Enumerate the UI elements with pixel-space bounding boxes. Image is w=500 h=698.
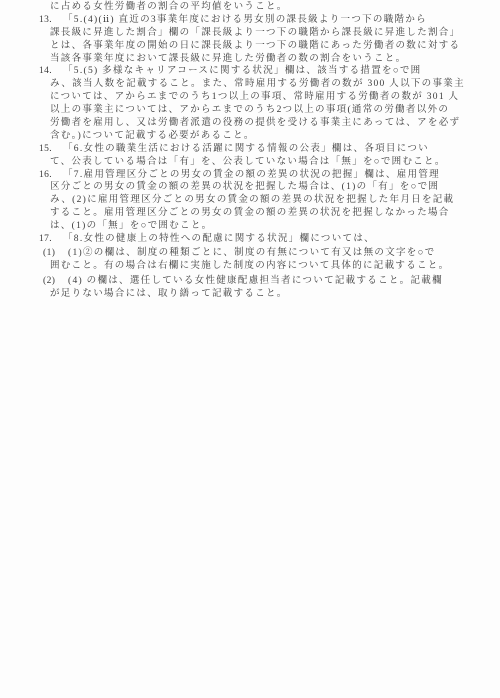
text-line: 区分ごとの男女の賃金の額の差異の状況を把握した場合は、(1)の「有」を○で囲 xyxy=(50,181,464,194)
text-line: 労働者を雇用し、又は労働者派遣の役務の提供を受ける事業主にあっては、アを必ず xyxy=(50,117,464,130)
text-line: すること。雇用管理区分ごとの男女の賃金の額の差異の状況を把握しなかった場合 xyxy=(50,207,464,220)
text-line: 含む。)について記載する必要があること。 xyxy=(50,130,464,143)
sub-item-number: (2) xyxy=(43,275,55,288)
page-text-block: に占める女性労働者の割合の平均値をいうこと。 13. 「5.(4)(ⅱ) 直近の… xyxy=(50,1,464,300)
item-number: 16. xyxy=(39,169,52,182)
text-line: 「7.雇用管理区分ごとの男女の賃金の額の差異の状況の把握」欄は、雇用管理 xyxy=(50,169,464,182)
text-line: み、(2)に雇用管理区分ごとの男女の賃金の額の差異の状況を把握した年月日を記載 xyxy=(50,194,464,207)
text-line: 囲むこと。有の場合は右欄に実施した制度の内容について具体的に記載すること。 xyxy=(50,260,464,273)
text-line: 以上の事業主については、アからエまでのうち2つ以上の事項(通常の労働者以外の xyxy=(50,104,464,117)
text-line: (4) の欄は、選任している女性健康配慮担当者について記載すること。記載欄 xyxy=(50,275,464,288)
text-line: 「6.女性の職業生活における活躍に関する情報の公表」欄は、各項目につい xyxy=(50,143,464,156)
text-line: 「8.女性の健康上の特性への配慮に関する状況」欄については、 xyxy=(50,233,464,246)
text-line: が足りない場合には、取り繕って記載すること。 xyxy=(50,288,464,301)
continuation-line: に占める女性労働者の割合の平均値をいうこと。 xyxy=(50,1,464,14)
list-item-15: 15. 「6.女性の職業生活における活躍に関する情報の公表」欄は、各項目につい … xyxy=(50,143,464,169)
document-page: に占める女性労働者の割合の平均値をいうこと。 13. 「5.(4)(ⅱ) 直近の… xyxy=(0,0,500,698)
list-item-17: 17. 「8.女性の健康上の特性への配慮に関する状況」欄については、 (1) (… xyxy=(50,233,464,300)
text-line: (1)②の欄は、制度の種類ごとに、制度の有無について有又は無の文字を○で xyxy=(50,247,464,260)
text-line: 「5.(4)(ⅱ) 直近の3事業年度における男女別の課長級より一つ下の職階から xyxy=(50,14,464,27)
item-number: 17. xyxy=(39,233,52,246)
sub-item-1: (1) (1)②の欄は、制度の種類ごとに、制度の有無について有又は無の文字を○で… xyxy=(50,247,464,273)
sub-item-2: (2) (4) の欄は、選任している女性健康配慮担当者について記載すること。記載… xyxy=(50,275,464,301)
text-line: 「5.(5) 多様なキャリアコースに関する状況」欄は、該当する措置を○で囲 xyxy=(50,65,464,78)
item-number: 14. xyxy=(39,65,52,78)
item-number: 13. xyxy=(39,14,52,27)
list-item-14: 14. 「5.(5) 多様なキャリアコースに関する状況」欄は、該当する措置を○で… xyxy=(50,65,464,142)
text-line: み、該当人数を記載すること。また、常時雇用する労働者の数が 300 人以下の事業… xyxy=(50,78,464,91)
item-number: 15. xyxy=(39,143,52,156)
text-line: とは、各事業年度の開始の日に課長級より一つ下の職階にあった労働者の数に対する xyxy=(50,40,464,53)
text-line: て、公表している場合は「有」を、公表していない場合は「無」を○で囲むこと。 xyxy=(50,156,464,169)
sub-item-number: (1) xyxy=(43,247,55,260)
text-line: は、(1)の「無」を○で囲むこと。 xyxy=(50,220,464,233)
text-line: 課長級に昇進した割合」欄の「課長級より一つ下の職階から課長級に昇進した割合」 xyxy=(50,27,464,40)
list-item-13: 13. 「5.(4)(ⅱ) 直近の3事業年度における男女別の課長級より一つ下の職… xyxy=(50,14,464,66)
list-item-16: 16. 「7.雇用管理区分ごとの男女の賃金の額の差異の状況の把握」欄は、雇用管理… xyxy=(50,169,464,233)
text-line: については、アからエまでのうち1つ以上の事項、常時雇用する労働者の数が 301 … xyxy=(50,91,464,104)
text-line: 当該各事業年度において課長級に昇進した労働者の数の割合をいうこと。 xyxy=(50,53,464,66)
